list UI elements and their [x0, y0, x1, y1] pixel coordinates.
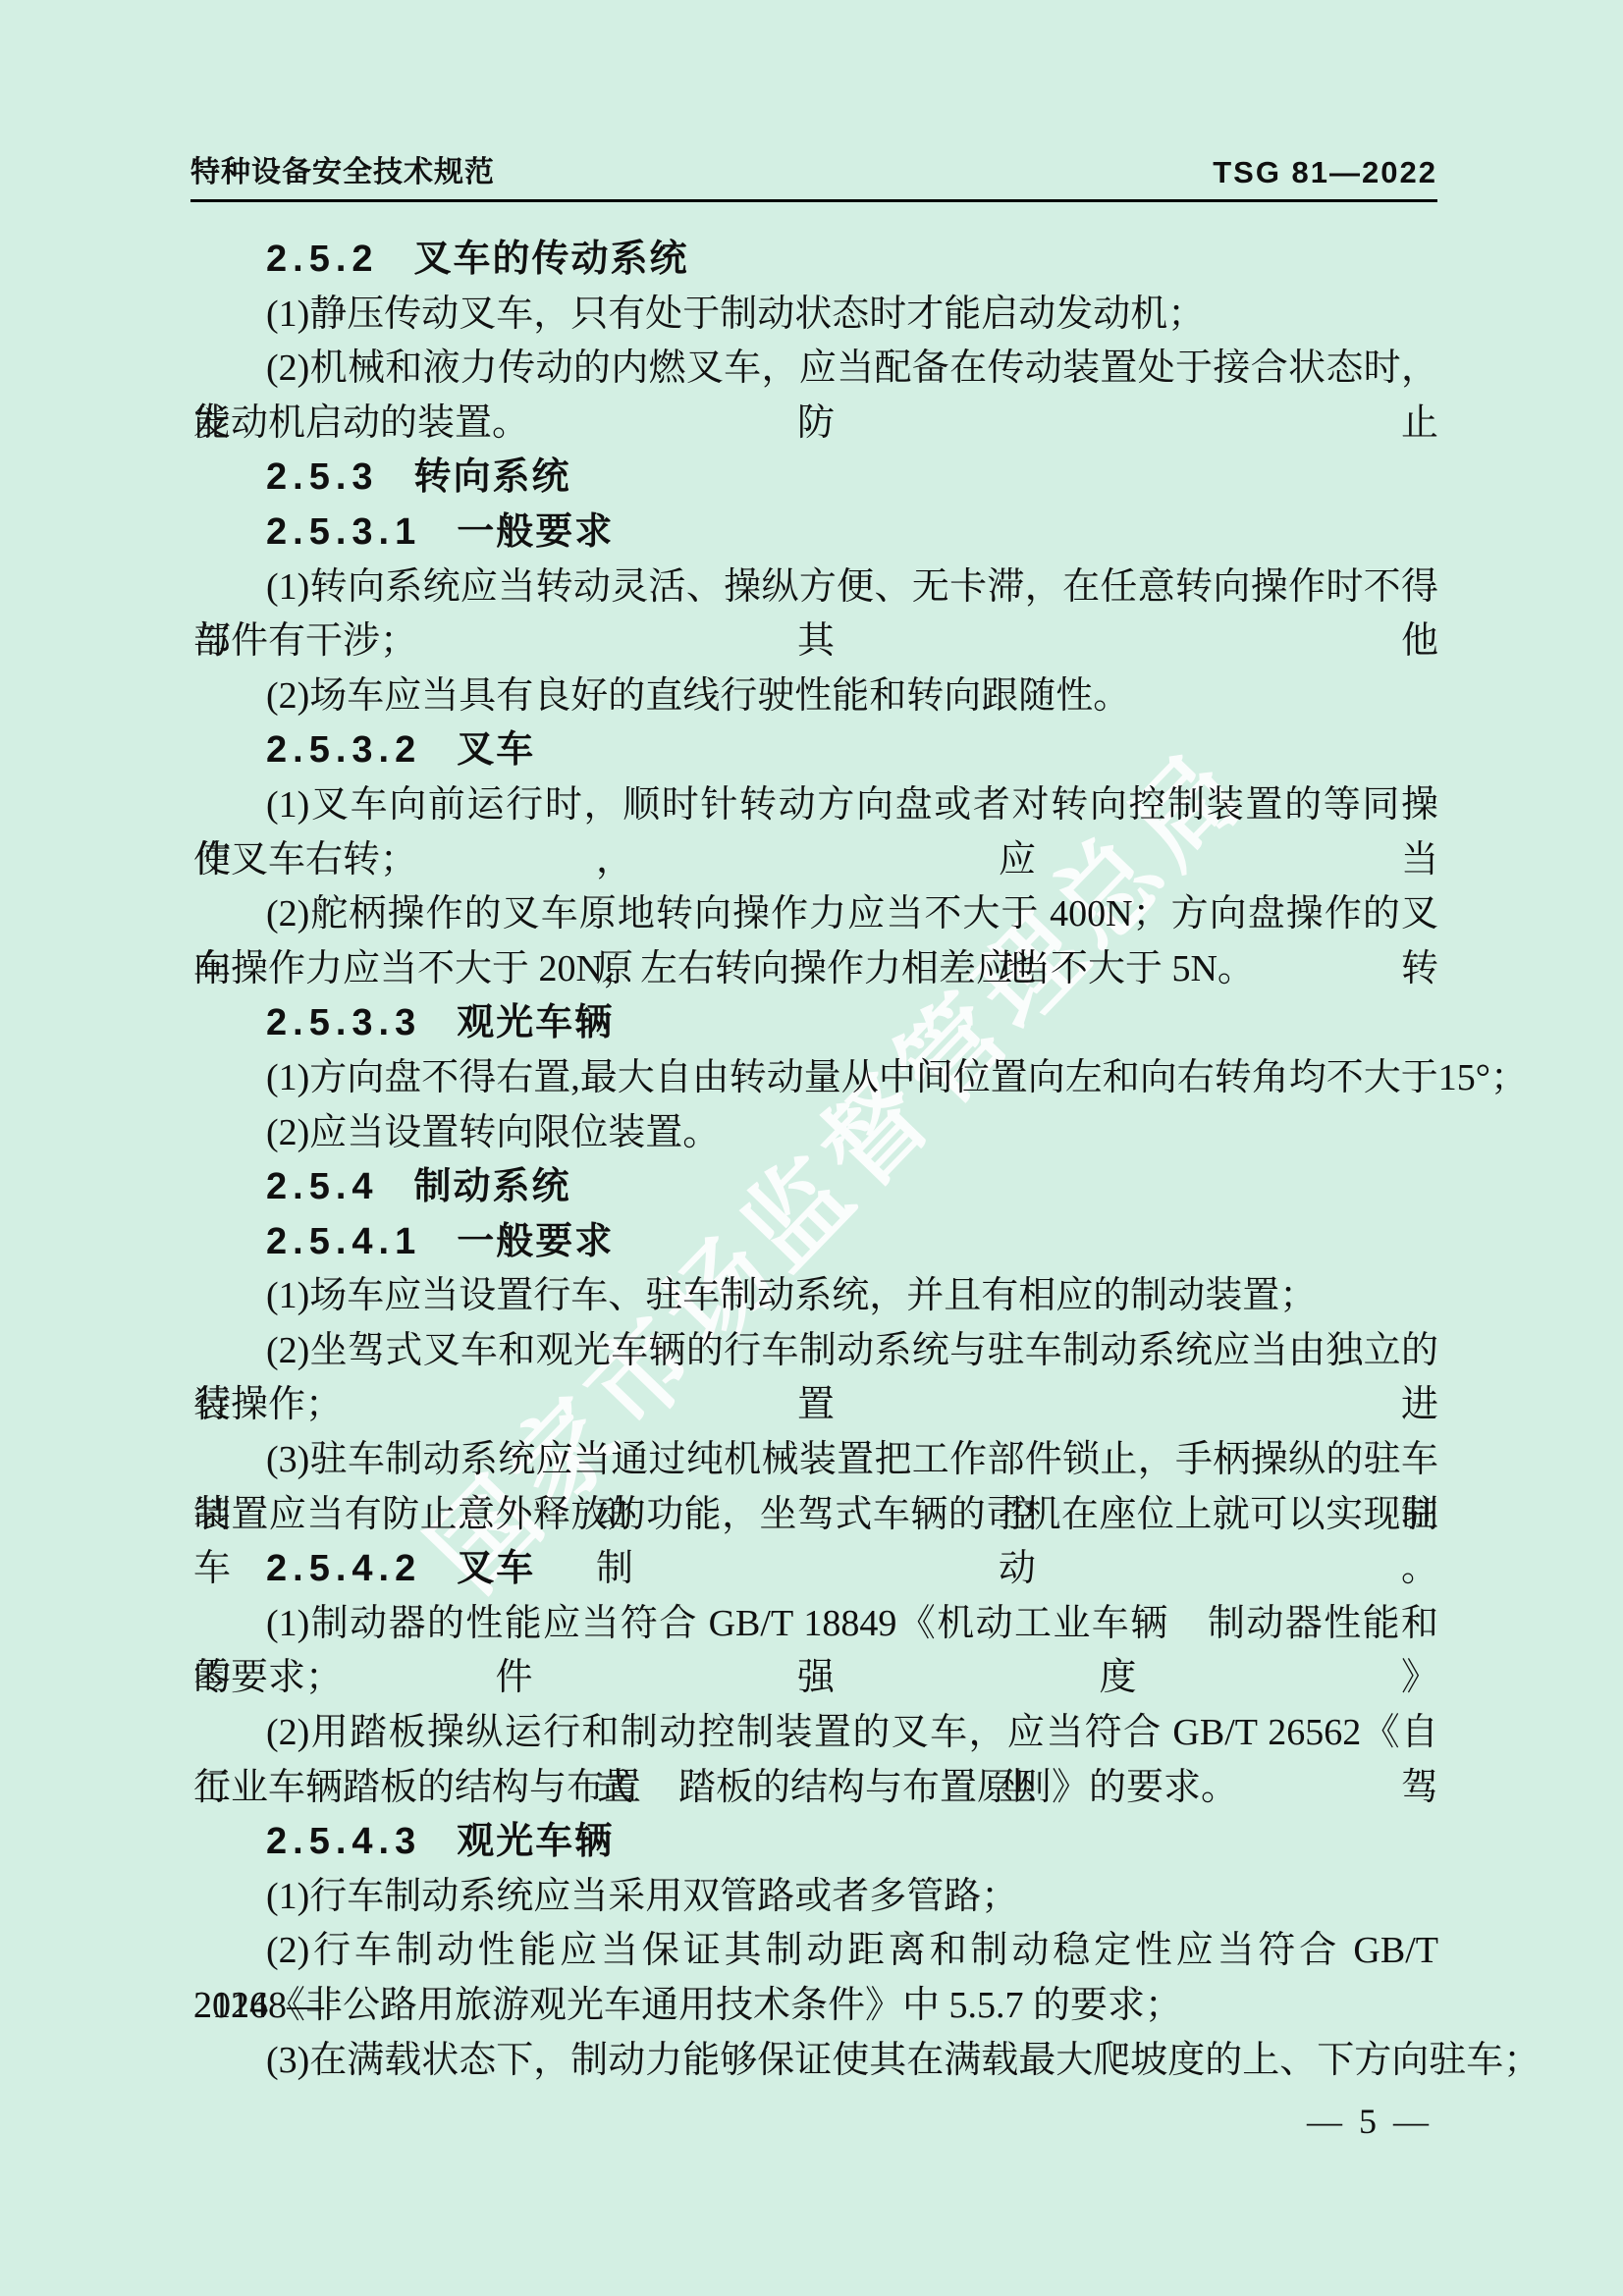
text-line: (1)方向盘不得右置,最大自由转动量从中间位置向左和向右转角均不大于15°； [193, 1051, 1438, 1106]
text-line: 向操作力应当不大于 20N，左右转向操作力相差应当不大于 5N。 [193, 942, 1438, 997]
section-title: 观光车辆 [457, 1821, 614, 1862]
section-title: 转向系统 [414, 456, 571, 498]
section-number: 2.5.3.1 [266, 511, 421, 553]
text-line: (2)用踏板操纵运行和制动控制装置的叉车，应当符合 GB/T 26562《自行式… [193, 1706, 1438, 1761]
section-heading: 2.5.3.3观光车辆 [193, 996, 1438, 1051]
document-code: TSG 81—2022 [1213, 155, 1437, 190]
text-line: 2014《非公路用旅游观光车通用技术条件》中 5.5.7 的要求； [193, 1979, 1438, 2034]
text-line: (3)驻车制动系统应当通过纯机械装置把工作部件锁止，手柄操纵的驻车制动控制 [193, 1433, 1438, 1488]
document-lines: 2.5.2叉车的传动系统(1)静压传动叉车，只有处于制动状态时才能启动发动机；(… [193, 233, 1438, 2088]
section-title: 一般要求 [457, 511, 614, 553]
text-line: (1)转向系统应当转动灵活、操纵方便、无卡滞，在任意转向操作时不得与其他 [193, 561, 1438, 615]
section-heading: 2.5.2叉车的传动系统 [193, 233, 1438, 288]
page-header: 特种设备安全技术规范 TSG 81—2022 [190, 147, 1437, 202]
section-heading: 2.5.4制动系统 [193, 1160, 1438, 1215]
section-heading: 2.5.3转向系统 [193, 451, 1438, 506]
section-heading: 2.5.3.1一般要求 [193, 506, 1438, 561]
text-line: (1)行车制动系统应当采用双管路或者多管路； [193, 1870, 1438, 1925]
text-line: (3)在满载状态下，制动力能够保证使其在满载最大爬坡度的上、下方向驻车； [193, 2034, 1438, 2089]
text-line: (2)坐驾式叉车和观光车辆的行车制动系统与驻车制动系统应当由独立的装置进 [193, 1324, 1438, 1379]
text-line: (1)场车应当设置行车、驻车制动系统，并且有相应的制动装置； [193, 1269, 1438, 1324]
section-number: 2.5.3.2 [266, 729, 421, 771]
section-heading: 2.5.4.3观光车辆 [193, 1815, 1438, 1870]
section-title: 观光车辆 [457, 1002, 614, 1043]
text-line: (2)应当设置转向限位装置。 [193, 1106, 1438, 1161]
document-page: 国家市场监督管理总局 特种设备安全技术规范 TSG 81—2022 2.5.2叉… [0, 0, 1623, 2296]
text-line: (1)叉车向前运行时，顺时针转动方向盘或者对转向控制装置的等同操作，应当 [193, 778, 1438, 833]
document-title: 特种设备安全技术规范 [190, 147, 495, 190]
text-line: (2)机械和液力传动的内燃叉车，应当配备在传动装置处于接合状态时，能防止 [193, 342, 1438, 397]
text-line: (2)行车制动性能应当保证其制动距离和制动稳定性应当符合 GB/T 21268— [193, 1924, 1438, 1979]
section-number: 2.5.4 [266, 1166, 379, 1207]
page-number: — 5 — [193, 2101, 1433, 2142]
section-title: 一般要求 [457, 1221, 614, 1262]
section-heading: 2.5.3.2叉车 [193, 723, 1438, 778]
section-title: 制动系统 [414, 1166, 571, 1207]
section-title: 叉车 [457, 729, 535, 771]
section-heading: 2.5.4.1一般要求 [193, 1215, 1438, 1270]
text-line: (2)场车应当具有良好的直线行驶性能和转向跟随性。 [193, 669, 1438, 724]
text-line: 装置应当有防止意外释放的功能，坐驾式车辆的司机在座位上就可以实现驻车制动。 [193, 1488, 1438, 1543]
section-number: 2.5.4.2 [266, 1548, 421, 1589]
section-number: 2.5.4.1 [266, 1221, 421, 1262]
section-number: 2.5.3 [266, 456, 379, 498]
text-line: (1)制动器的性能应当符合 GB/T 18849《机动工业车辆 制动器性能和零件… [193, 1597, 1438, 1652]
text-line: (1)静压传动叉车，只有处于制动状态时才能启动发动机； [193, 288, 1438, 343]
section-number: 2.5.4.3 [266, 1821, 421, 1862]
page-content: 特种设备安全技术规范 TSG 81—2022 2.5.2叉车的传动系统(1)静压… [0, 0, 1623, 2296]
text-line: (2)舵柄操作的叉车原地转向操作力应当不大于 400N；方向盘操作的叉车原地转 [193, 887, 1438, 942]
section-title: 叉车 [457, 1548, 535, 1589]
section-title: 叉车的传动系统 [414, 239, 689, 280]
section-number: 2.5.3.3 [266, 1002, 421, 1043]
section-number: 2.5.2 [266, 239, 379, 280]
